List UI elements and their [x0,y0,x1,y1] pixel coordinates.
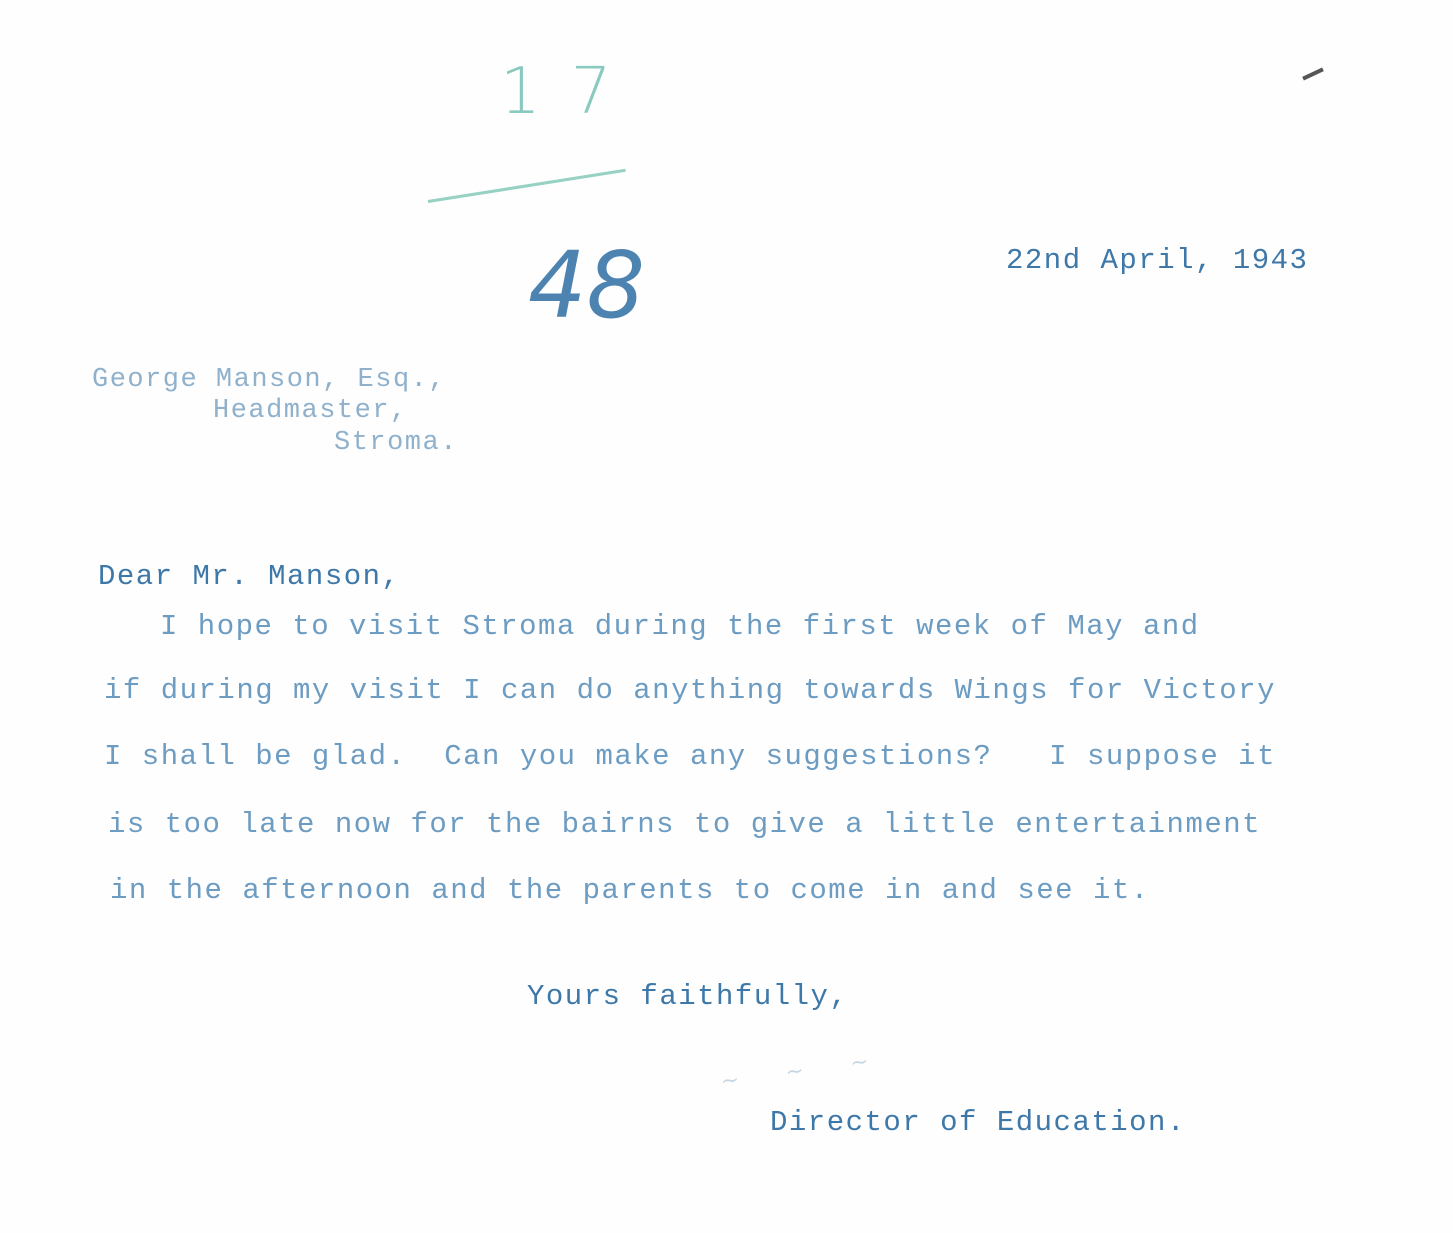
recipient-place: Stroma. [334,428,458,458]
signatory-title: Director of Education. [770,1106,1186,1139]
pencil-annotation-top: 17 [500,55,641,129]
recipient-name: George Manson, Esq., [92,365,446,395]
signature-scrawl: ~ ~ ~ [719,1046,890,1094]
corner-mark [1302,68,1324,81]
folio-number: 48 [528,232,645,339]
body-line-4: is too late now for the bairns to give a… [108,808,1261,841]
body-line-1: I hope to visit Stroma during the first … [160,610,1200,643]
salutation: Dear Mr. Manson, [98,560,400,593]
body-line-2: if during my visit I can do anything tow… [104,674,1276,707]
body-line-3: I shall be glad. Can you make any sugges… [104,740,1276,773]
letter-date: 22nd April, 1943 [1006,244,1308,277]
body-line-5: in the afternoon and the parents to come… [110,874,1150,907]
pencil-underline [428,169,626,203]
recipient-title: Headmaster, [213,396,408,426]
closing: Yours faithfully, [527,980,848,1013]
